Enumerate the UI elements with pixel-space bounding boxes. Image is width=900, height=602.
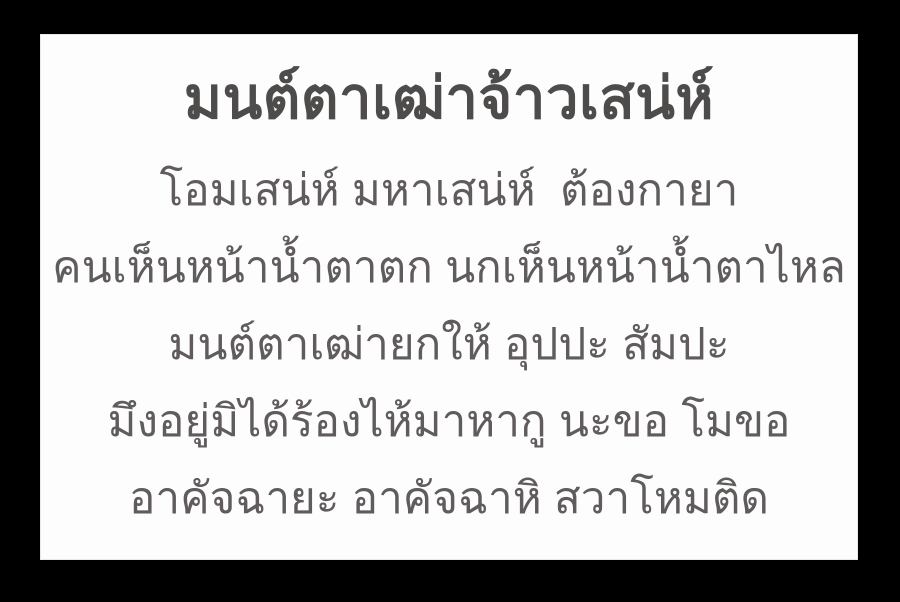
mantra-card: มนต์ตาเฒ่าจ้าวเสน่ห์ โอมเสน่ห์ มหาเสน่ห์…: [40, 34, 858, 560]
mantra-line-5: อาคัจฉายะ อาคัจฉาหิ สวาโหมติด: [40, 460, 858, 537]
mantra-line-2: คนเห็นหน้าน้ำตาตก นกเห็นหน้าน้ำตาไหล: [40, 229, 858, 306]
mantra-line-3: มนต์ตาเฒ่ายกให้ อุปปะ สัมปะ: [40, 306, 858, 383]
mantra-lines: โอมเสน่ห์ มหาเสน่ห์ ต้องกายา คนเห็นหน้าน…: [40, 152, 858, 537]
mantra-line-4: มึงอยู่มิได้ร้องไห้มาหากู นะขอ โมขอ: [40, 383, 858, 460]
black-frame: มนต์ตาเฒ่าจ้าวเสน่ห์ โอมเสน่ห์ มหาเสน่ห์…: [0, 0, 900, 602]
mantra-title: มนต์ตาเฒ่าจ้าวเสน่ห์: [40, 54, 858, 144]
mantra-line-1: โอมเสน่ห์ มหาเสน่ห์ ต้องกายา: [40, 152, 858, 229]
